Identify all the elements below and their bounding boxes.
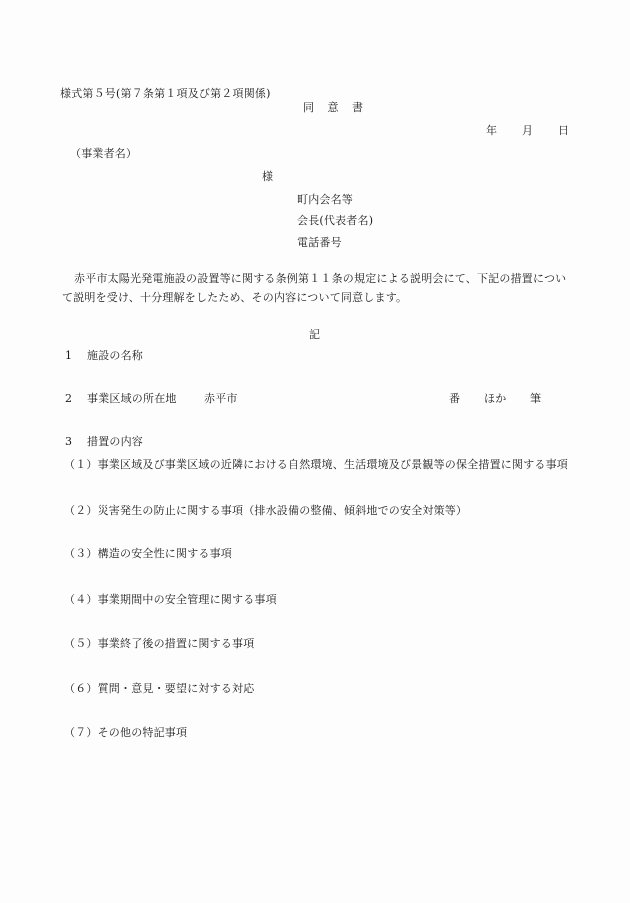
- measure-item-6: （６）質問・意見・要望に対する対応: [64, 683, 254, 694]
- measure-item-text: 構造の安全性に関する事項: [98, 547, 232, 560]
- note-heading: 記: [309, 329, 320, 340]
- measure-item-number: （５）: [64, 637, 98, 650]
- phone-number-label: 電話番号: [297, 237, 342, 248]
- section-1-number: 1: [65, 350, 72, 361]
- section-2-others-label: ほか: [484, 393, 506, 404]
- section-3-label: 措置の内容: [87, 436, 143, 447]
- measure-item-2: （２）災害発生の防止に関する事項（排水設備の整備、傾斜地での安全対策等）: [64, 505, 467, 516]
- measure-item-number: （７）: [64, 726, 98, 739]
- measure-item-3: （３）構造の安全性に関する事項: [64, 548, 232, 559]
- measure-item-number: （１）: [64, 458, 98, 471]
- section-2-label: 事業区域の所在地: [87, 393, 177, 404]
- body-line-1: 赤平市太陽光発電施設の設置等に関する条例第１１条の規定による説明会にて、下記の措…: [74, 273, 566, 284]
- section-2-parcel-label: 筆: [530, 393, 541, 404]
- measure-item-text: 災害発生の防止に関する事項（排水設備の整備、傾斜地での安全対策等）: [98, 504, 468, 517]
- measure-item-text: 事業区域及び事業区域の近隣における自然環境、生活環境及び景観等の保全措置に関する…: [98, 458, 568, 471]
- measure-item-7: （７）その他の特記事項: [64, 727, 187, 738]
- measure-item-4: （４）事業期間中の安全管理に関する事項: [64, 594, 277, 605]
- honorific-sama: 様: [262, 171, 273, 182]
- measure-item-text: 事業期間中の安全管理に関する事項: [98, 593, 277, 606]
- neighborhood-association-label: 町内会名等: [297, 194, 353, 205]
- measure-item-number: （４）: [64, 593, 98, 606]
- section-2-city: 赤平市: [204, 393, 238, 404]
- document-title: 同 意 書: [303, 102, 368, 113]
- measure-item-text: 事業終了後の措置に関する事項: [98, 637, 255, 650]
- form-number: 様式第５号(第７条第１項及び第２項関係): [60, 88, 271, 99]
- measure-item-number: （２）: [64, 504, 98, 517]
- section-3-number: 3: [65, 436, 72, 447]
- date-year-label: 年: [486, 125, 497, 136]
- section-2-number: 2: [65, 393, 72, 404]
- business-name-label: （事業者名）: [70, 148, 137, 159]
- measure-item-5: （５）事業終了後の措置に関する事項: [64, 638, 254, 649]
- measure-item-text: 質問・意見・要望に対する対応: [98, 682, 255, 695]
- measure-item-text: その他の特記事項: [98, 726, 188, 739]
- section-2-lot-label: 番: [449, 393, 460, 404]
- chairman-label: 会長(代表者名): [297, 215, 373, 226]
- date-day-label: 日: [558, 125, 569, 136]
- body-line-2: て説明を受け、十分理解をしたため、その内容について同意します。: [62, 292, 407, 303]
- measure-item-number: （６）: [64, 682, 98, 695]
- measure-item-number: （３）: [64, 547, 98, 560]
- section-1-label: 施設の名称: [87, 350, 143, 361]
- measure-item-1: （１）事業区域及び事業区域の近隣における自然環境、生活環境及び景観等の保全措置に…: [64, 459, 568, 470]
- date-month-label: 月: [522, 125, 533, 136]
